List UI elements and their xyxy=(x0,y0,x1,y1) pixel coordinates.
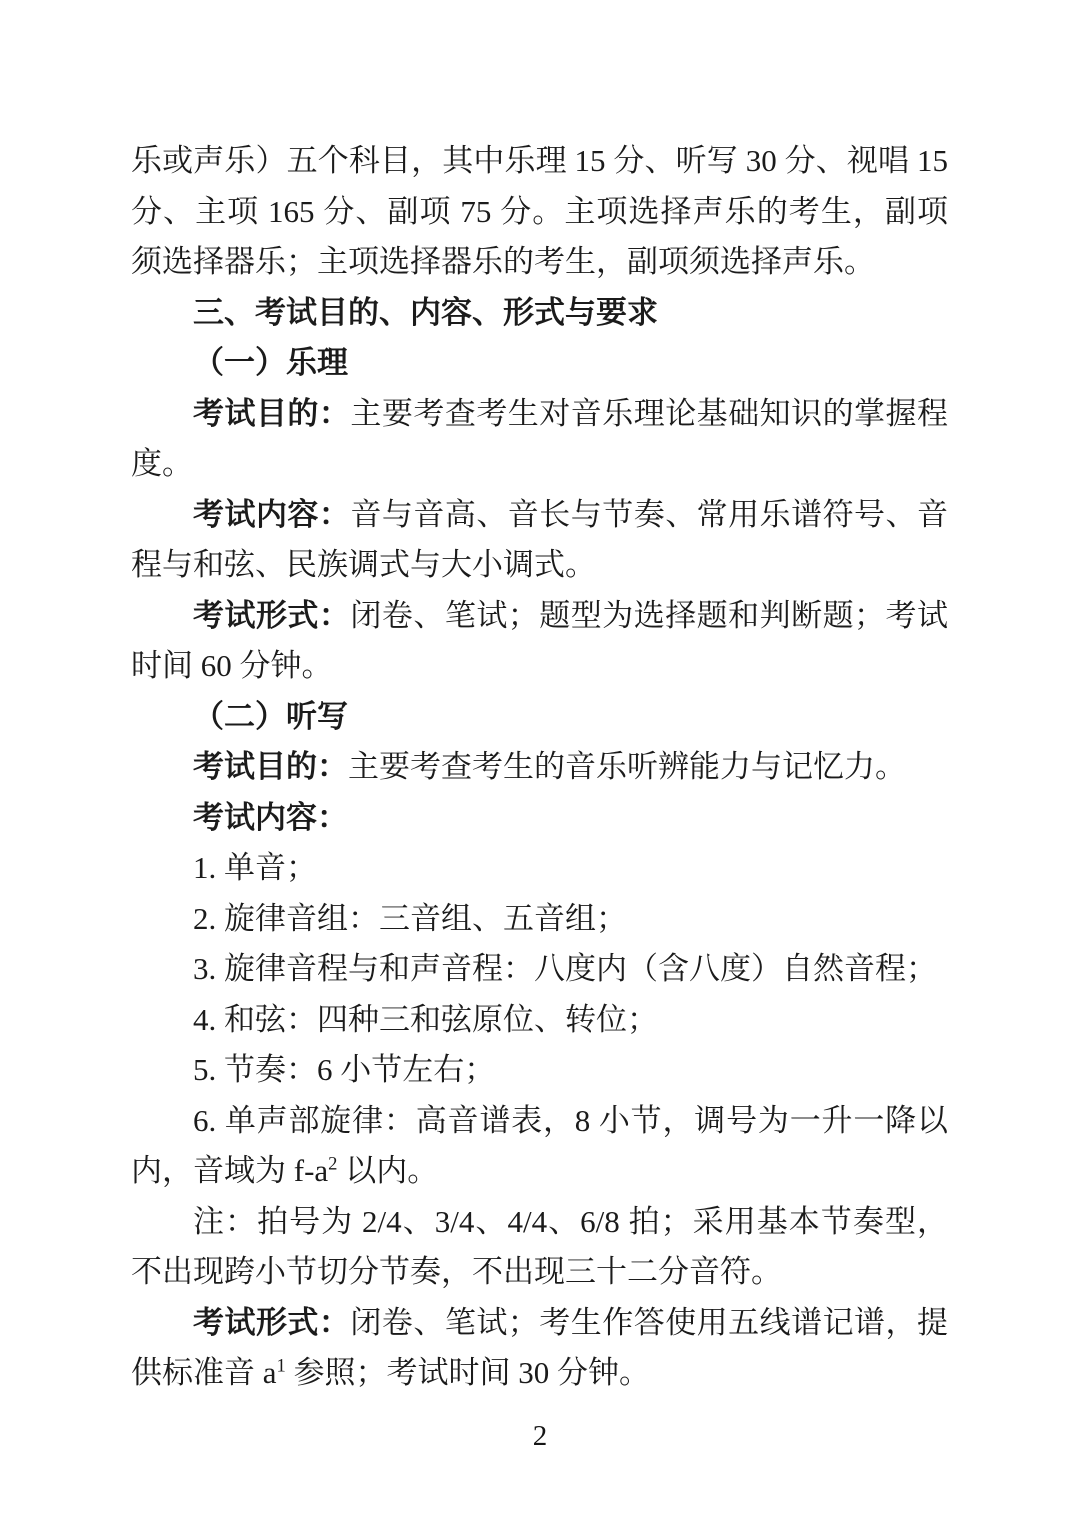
list-item-1: 1. 单音； xyxy=(131,843,948,894)
note-paragraph: 注：拍号为 2/4、3/4、4/4、6/8 拍；采用基本节奏型，不出现跨小节切分… xyxy=(131,1197,948,1298)
exam-form-label: 考试形式： xyxy=(193,1305,350,1340)
list-item-6-text: 6. 单声部旋律：高音谱表，8 小节，调号为一升一降以内，音域为 f-a xyxy=(131,1103,948,1189)
exam-purpose-label: 考试目的： xyxy=(193,396,350,431)
exam-purpose-label: 考试目的： xyxy=(193,749,348,784)
paragraph-continuation: 乐或声乐）五个科目，其中乐理 15 分、听写 30 分、视唱 15 分、主项 1… xyxy=(131,136,948,288)
exam-form-tail: 参照；考试时间 30 分钟。 xyxy=(286,1355,650,1390)
list-item-5: 5. 节奏：6 小节左右； xyxy=(131,1045,948,1096)
subsection-heading-tingxie: （二）听写 xyxy=(131,692,948,743)
list-item-4: 4. 和弦：四种三和弦原位、转位； xyxy=(131,995,948,1046)
list-item-6: 6. 单声部旋律：高音谱表，8 小节，调号为一升一降以内，音域为 f-a2 以内… xyxy=(131,1096,948,1197)
page-number: 2 xyxy=(0,1420,1080,1453)
tingxie-purpose-paragraph: 考试目的：主要考查考生的音乐听辨能力与记忆力。 xyxy=(131,742,948,793)
subsection-heading-yueli: （一）乐理 xyxy=(131,338,948,389)
yueli-content-paragraph: 考试内容：音与音高、音长与节奏、常用乐谱符号、音程与和弦、民族调式与大小调式。 xyxy=(131,490,948,591)
yueli-form-paragraph: 考试形式：闭卷、笔试；题型为选择题和判断题；考试时间 60 分钟。 xyxy=(131,591,948,692)
list-item-3: 3. 旋律音程与和声音程：八度内（含八度）自然音程； xyxy=(131,944,948,995)
yueli-purpose-paragraph: 考试目的：主要考查考生对音乐理论基础知识的掌握程度。 xyxy=(131,389,948,490)
tingxie-form-paragraph: 考试形式：闭卷、笔试；考生作答使用五线谱记谱，提供标准音 a1 参照；考试时间 … xyxy=(131,1298,948,1399)
document-body: 乐或声乐）五个科目，其中乐理 15 分、听写 30 分、视唱 15 分、主项 1… xyxy=(131,136,948,1399)
list-item-2: 2. 旋律音组：三音组、五音组； xyxy=(131,894,948,945)
list-item-6-tail: 以内。 xyxy=(337,1153,438,1188)
superscript-1: 1 xyxy=(277,1356,286,1377)
section-heading: 三、考试目的、内容、形式与要求 xyxy=(131,288,948,339)
exam-content-label: 考试内容： xyxy=(193,497,350,532)
document-page: 乐或声乐）五个科目，其中乐理 15 分、听写 30 分、视唱 15 分、主项 1… xyxy=(0,0,1080,1527)
exam-form-label: 考试形式： xyxy=(193,598,350,633)
exam-purpose-text: 主要考查考生的音乐听辨能力与记忆力。 xyxy=(348,749,906,784)
tingxie-content-label-paragraph: 考试内容： xyxy=(131,793,948,844)
exam-content-label: 考试内容： xyxy=(193,800,348,835)
